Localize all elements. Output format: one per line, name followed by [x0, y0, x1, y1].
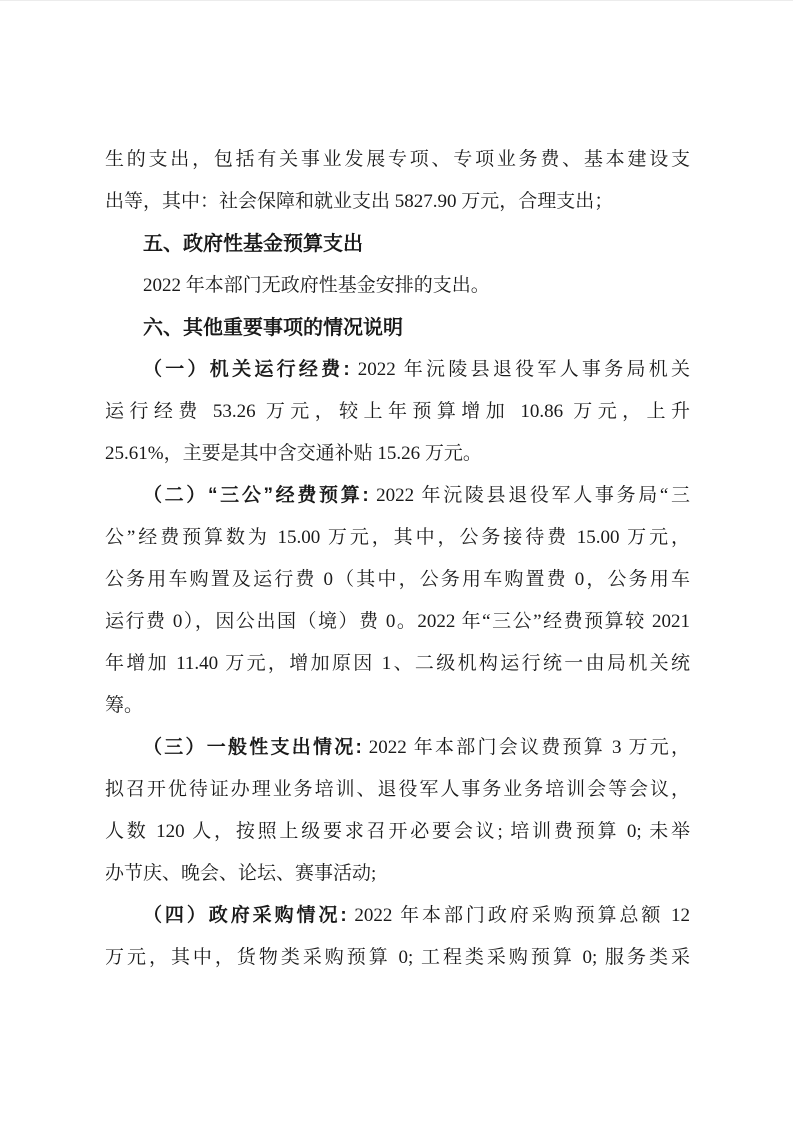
paragraph-lead-label: （三）一般性支出情况: — [143, 737, 362, 758]
text-line: 运行经费 53.26 万元，较上年预算增加 10.86 万元，上升 — [105, 391, 690, 433]
document-page: 生的支出，包括有关事业发展专项、专项业务费、基本建设支出等，其中：社会保障和就业… — [0, 0, 793, 1122]
text-line: 25.61%，主要是其中含交通补贴 15.26 万元。 — [105, 433, 690, 475]
document-text-body: 生的支出，包括有关事业发展专项、专项业务费、基本建设支出等，其中：社会保障和就业… — [105, 139, 690, 979]
text-line: 人数 120 人，按照上级要求召开必要会议; 培训费预算 0; 未举 — [105, 811, 690, 853]
body-text: 筹。 — [105, 695, 143, 716]
para-item-3-line: （三）一般性支出情况: 2022 年本部门会议费预算 3 万元， — [105, 727, 690, 769]
body-text: 2022 年本部门政府采购预算总额 12 — [347, 905, 690, 926]
body-text: 运行费 0），因公出国（境）费 0。2022 年“三公”经费预算较 2021 — [105, 611, 690, 632]
body-text: 万元，其中，货物类采购预算 0; 工程类采购预算 0; 服务类采 — [105, 947, 690, 968]
body-text: 出等，其中：社会保障和就业支出 5827.90 万元，合理支出； — [105, 191, 613, 212]
body-text: 25.61%，主要是其中含交通补贴 15.26 万元。 — [105, 443, 482, 464]
text-line: 年增加 11.40 万元，增加原因 1、二级机构运行统一由局机关统 — [105, 643, 690, 685]
body-text: 年增加 11.40 万元，增加原因 1、二级机构运行统一由局机关统 — [105, 653, 690, 674]
paragraph-lead-label: （四）政府采购情况: — [143, 905, 347, 926]
text-line: 运行费 0），因公出国（境）费 0。2022 年“三公”经费预算较 2021 — [105, 601, 690, 643]
section-heading-label: 六、其他重要事项的情况说明 — [143, 317, 403, 339]
body-text: 公”经费预算数为 15.00 万元，其中，公务接待费 15.00 万元， — [105, 527, 690, 548]
body-text: 公务用车购置及运行费 0（其中，公务用车购置费 0，公务用车 — [105, 569, 690, 590]
body-text: 2022 年本部门无政府性基金安排的支出。 — [143, 275, 490, 296]
body-text: 人数 120 人，按照上级要求召开必要会议; 培训费预算 0; 未举 — [105, 821, 690, 842]
paragraph-lead-label: （二）“三公”经费预算: — [143, 485, 369, 506]
text-line: 拟召开优待证办理业务培训、退役军人事务业务培训会等会议， — [105, 769, 690, 811]
text-line: 筹。 — [105, 685, 690, 727]
heading-section-5: 五、政府性基金预算支出 — [105, 223, 690, 265]
text-line: 生的支出，包括有关事业发展专项、专项业务费、基本建设支 — [105, 139, 690, 181]
text-line: 公”经费预算数为 15.00 万元，其中，公务接待费 15.00 万元， — [105, 517, 690, 559]
body-text: 办节庆、晚会、论坛、赛事活动; — [105, 863, 376, 884]
text-line: 出等，其中：社会保障和就业支出 5827.90 万元，合理支出； — [105, 181, 690, 223]
text-line: 2022 年本部门无政府性基金安排的支出。 — [105, 265, 690, 307]
body-text: 2022 年沅陵县退役军人事务局“三 — [369, 485, 690, 506]
para-item-2-line: （二）“三公”经费预算: 2022 年沅陵县退役军人事务局“三 — [105, 475, 690, 517]
body-text: 2022 年本部门会议费预算 3 万元， — [362, 737, 690, 758]
paragraph-lead-label: （一）机关运行经费: — [143, 359, 350, 380]
body-text: 运行经费 53.26 万元，较上年预算增加 10.86 万元，上升 — [105, 401, 690, 422]
para-item-4-line: （四）政府采购情况: 2022 年本部门政府采购预算总额 12 — [105, 895, 690, 937]
body-text: 拟召开优待证办理业务培训、退役军人事务业务培训会等会议， — [105, 779, 690, 800]
body-text: 2022 年沅陵县退役军人事务局机关 — [350, 359, 690, 380]
heading-section-6: 六、其他重要事项的情况说明 — [105, 307, 690, 349]
section-heading-label: 五、政府性基金预算支出 — [143, 233, 363, 255]
body-text: 生的支出，包括有关事业发展专项、专项业务费、基本建设支 — [105, 149, 690, 170]
para-item-1-line: （一）机关运行经费: 2022 年沅陵县退役军人事务局机关 — [105, 349, 690, 391]
text-line: 万元，其中，货物类采购预算 0; 工程类采购预算 0; 服务类采 — [105, 937, 690, 979]
text-line: 公务用车购置及运行费 0（其中，公务用车购置费 0，公务用车 — [105, 559, 690, 601]
text-line: 办节庆、晚会、论坛、赛事活动; — [105, 853, 690, 895]
